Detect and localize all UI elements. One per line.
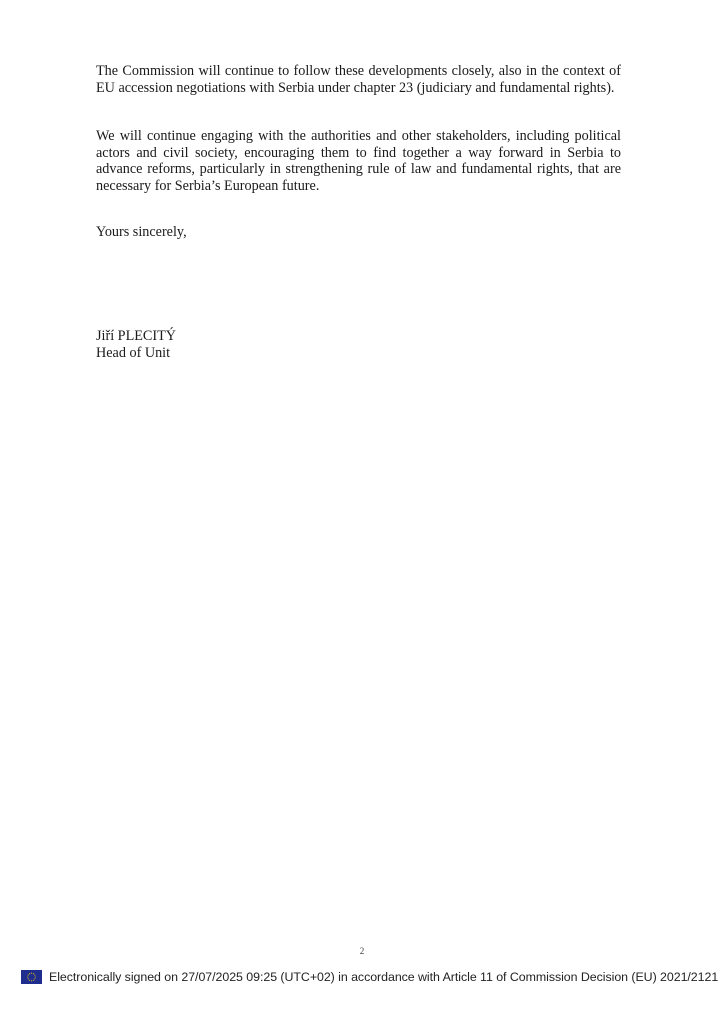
- signer-name: Jiří PLECITÝ: [96, 328, 176, 345]
- page-number: 2: [0, 946, 724, 956]
- signer-title: Head of Unit: [96, 345, 170, 362]
- document-page: The Commission will continue to follow t…: [0, 0, 724, 1024]
- eu-flag-icon: [21, 970, 42, 984]
- closing-salutation: Yours sincerely,: [96, 224, 187, 241]
- paragraph-engagement: We will continue engaging with the autho…: [96, 128, 621, 194]
- paragraph-commission-follow-up: The Commission will continue to follow t…: [96, 63, 621, 96]
- signature-notice: Electronically signed on 27/07/2025 09:2…: [49, 970, 718, 984]
- electronic-signature-footer: Electronically signed on 27/07/2025 09:2…: [21, 970, 718, 984]
